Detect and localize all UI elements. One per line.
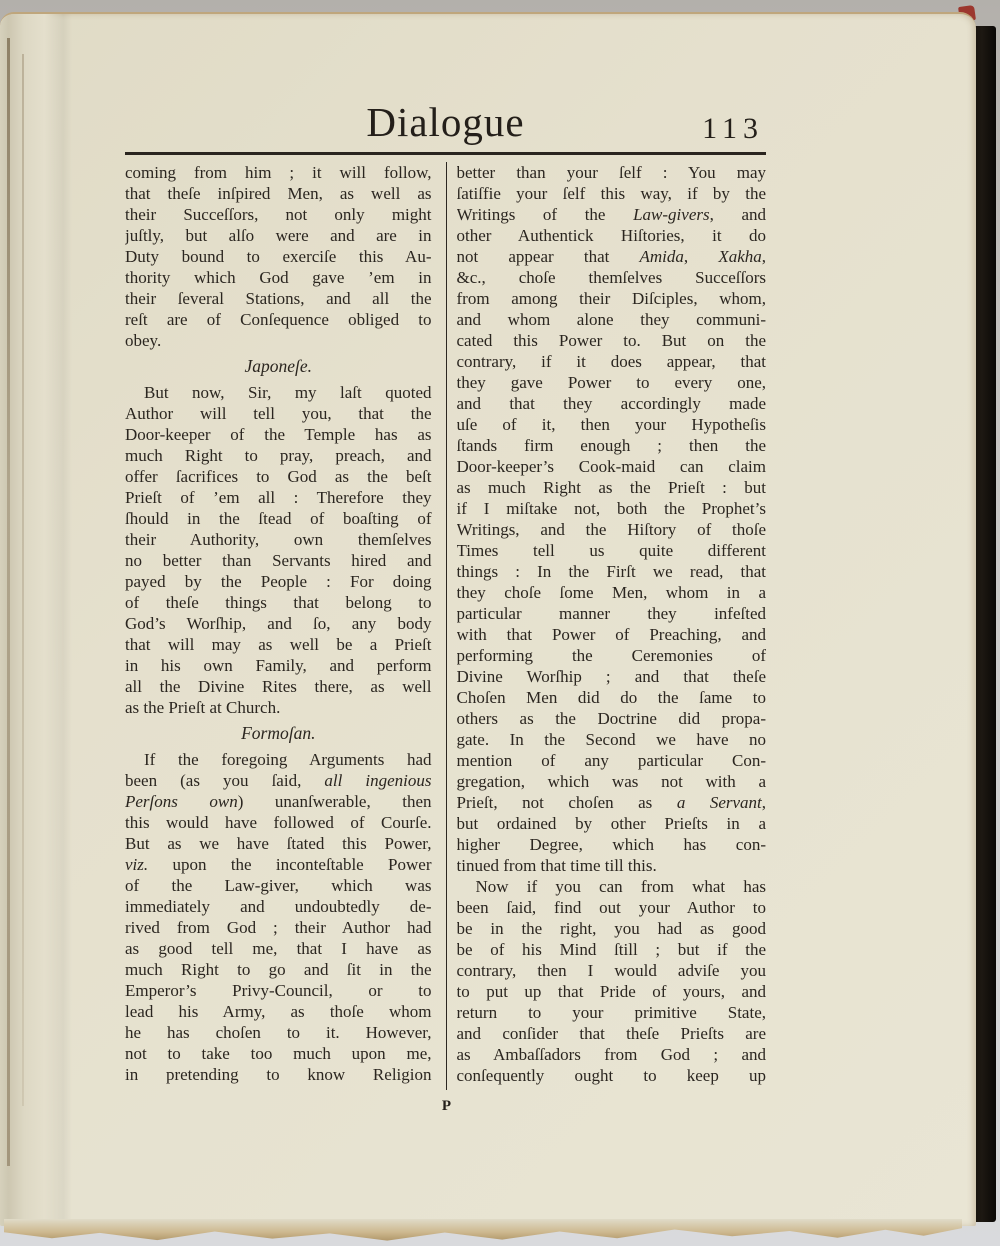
text-line: Door-keeper of the Temple has as	[125, 424, 432, 445]
text-line: to put up that Pride of yours, and	[457, 981, 767, 1002]
text-line: from among their Diſciples, whom,	[457, 288, 767, 309]
column-right: better than your ſelf : You mayſatiſfie …	[457, 162, 767, 1090]
text-line: Author will tell you, that the	[125, 403, 432, 424]
text-line: offer ſacrifices to God as the beſt	[125, 466, 432, 487]
text-line: be in the right, you had as good	[457, 918, 767, 939]
photo-backdrop: { "header": { "title": "Dialogue", "page…	[0, 0, 1000, 1246]
text-line: mention of any particular Con-	[457, 750, 767, 771]
text-line: gate. In the Second we have no	[457, 729, 767, 750]
deckle-edge	[4, 1219, 962, 1243]
text-line: contrary, then I would adviſe you	[457, 960, 767, 981]
text-line: &c., choſe themſelves Succeſſors	[457, 267, 767, 288]
text-line: much Right to pray, preach, and	[125, 445, 432, 466]
text-line: all the Divine Rites there, as well	[125, 676, 432, 697]
text-line: but ordained by other Prieſts in a	[457, 813, 767, 834]
text-line: others as the Doctrine did propa-	[457, 708, 767, 729]
text-line: coming from him ; it will follow,	[125, 162, 432, 183]
text-line: rived from God ; their Author had	[125, 917, 432, 938]
text-line: and conſider that theſe Prieſts are	[457, 1023, 767, 1044]
text-line: ſhould in the ſtead of boaſting of	[125, 508, 432, 529]
text-line: he has choſen to it. However,	[125, 1022, 432, 1043]
text-line: Door-keeper’s Cook-maid can claim	[457, 456, 767, 477]
column-left: coming from him ; it will follow,that th…	[125, 162, 432, 1090]
text-line: not appear that Amida, Xakha,	[457, 246, 767, 267]
page-crease	[22, 54, 24, 1106]
text-line: as Ambaſſadors from God ; and	[457, 1044, 767, 1065]
column-divider	[446, 162, 447, 1090]
text-line: Duty bound to exerciſe this Au-	[125, 246, 432, 267]
text-line: gregation, which was not with a	[457, 771, 767, 792]
text-line: been ſaid, find out your Author to	[457, 897, 767, 918]
text-line: Perſons own) unanſwerable, then	[125, 791, 432, 812]
text-line: no better than Servants hired and	[125, 550, 432, 571]
running-title: Dialogue	[125, 98, 766, 152]
text-line: reſt are of Conſequence obliged to	[125, 309, 432, 330]
text-line: better than your ſelf : You may	[457, 162, 767, 183]
text-line: But as we have ſtated this Power,	[125, 833, 432, 854]
text-line: that theſe inſpired Men, as well as	[125, 183, 432, 204]
text-line: Writings of the Law-givers, and	[457, 204, 767, 225]
text-block: Dialogue 113 coming from him ; it will f…	[125, 98, 766, 1090]
text-line: Prieſt, not choſen as a Servant,	[457, 792, 767, 813]
text-line: cated this Power to. But on the	[457, 330, 767, 351]
text-line: payed by the People : For doing	[125, 571, 432, 592]
text-line: immediately and undoubtedly de-	[125, 896, 432, 917]
text-line: in his own Family, and perform	[125, 655, 432, 676]
text-line: tinued from that time till this.	[457, 855, 767, 876]
text-line: not to take too much upon me,	[125, 1043, 432, 1064]
text-line: that will may as well be a Prieſt	[125, 634, 432, 655]
text-line: Emperor’s Privy-Council, or to	[125, 980, 432, 1001]
text-line: their ſeveral Stations, and all the	[125, 288, 432, 309]
text-line: and that they accordingly made	[457, 393, 767, 414]
text-line: much Right to go and ſit in the	[125, 959, 432, 980]
text-line: viz. upon the inconteſtable Power	[125, 854, 432, 875]
text-line: ſatiſfie your ſelf this way, if by the	[457, 183, 767, 204]
text-line: juſtly, but alſo were and are in	[125, 225, 432, 246]
text-line: Now if you can from what has	[457, 876, 767, 897]
text-line: obey.	[125, 330, 432, 351]
text-line: they choſe ſome Men, whom in a	[457, 582, 767, 603]
text-line: higher Degree, which has con-	[457, 834, 767, 855]
text-line: particular manner they infeſted	[457, 603, 767, 624]
text-line: this would have followed of Courſe.	[125, 812, 432, 833]
text-line: God’s Worſhip, and ſo, any body	[125, 613, 432, 634]
speaker-heading: Japoneſe.	[125, 356, 432, 377]
text-line: Prieſt of ’em all : Therefore they	[125, 487, 432, 508]
speaker-heading: Formoſan.	[125, 723, 432, 744]
text-line: be of his Mind ſtill ; but if the	[457, 939, 767, 960]
text-line: If the foregoing Arguments had	[125, 749, 432, 770]
text-line: as the Prieſt at Church.	[125, 697, 432, 718]
text-line: Choſen Men did do the ſame to	[457, 687, 767, 708]
text-line: return to your primitive State,	[457, 1002, 767, 1023]
text-line: lead his Army, as thoſe whom	[125, 1001, 432, 1022]
text-line: things : In the Firſt we read, that	[457, 561, 767, 582]
text-line: with that Power of Preaching, and	[457, 624, 767, 645]
text-line: of the Law-giver, which was	[125, 875, 432, 896]
gutter-shadow	[0, 14, 72, 1226]
text-line: and whom alone they communi-	[457, 309, 767, 330]
text-line: performing the Ceremonies of	[457, 645, 767, 666]
text-line: of theſe things that belong to	[125, 592, 432, 613]
signature-mark: P	[425, 1098, 469, 1115]
book-page: Dialogue 113 coming from him ; it will f…	[0, 12, 976, 1226]
text-line: if I miſtake not, both the Prophet’s	[457, 498, 767, 519]
text-line: other Authentick Hiſtories, it do	[457, 225, 767, 246]
page-number: 113	[702, 112, 764, 146]
text-line: Writings, and the Hiſtory of thoſe	[457, 519, 767, 540]
text-line: their Authority, own themſelves	[125, 529, 432, 550]
text-line: But now, Sir, my laſt quoted	[125, 382, 432, 403]
columns: coming from him ; it will follow,that th…	[125, 155, 766, 1090]
text-line: thority which God gave ’em in	[125, 267, 432, 288]
text-line: ſtands firm enough ; then the	[457, 435, 767, 456]
text-line: as much Right as the Prieſt : but	[457, 477, 767, 498]
text-line: Divine Worſhip ; and that theſe	[457, 666, 767, 687]
text-line: contrary, if it does appear, that	[457, 351, 767, 372]
text-line: as good tell me, that I have as	[125, 938, 432, 959]
text-line: conſequently ought to keep up	[457, 1065, 767, 1086]
text-line: their Succeſſors, not only might	[125, 204, 432, 225]
text-line: been (as you ſaid, all ingenious	[125, 770, 432, 791]
text-line: uſe of it, then your Hypotheſis	[457, 414, 767, 435]
text-line: Times tell us quite different	[457, 540, 767, 561]
page-crease	[7, 38, 10, 1166]
text-line: they gave Power to every one,	[457, 372, 767, 393]
text-line: in pretending to know Religion	[125, 1064, 432, 1085]
